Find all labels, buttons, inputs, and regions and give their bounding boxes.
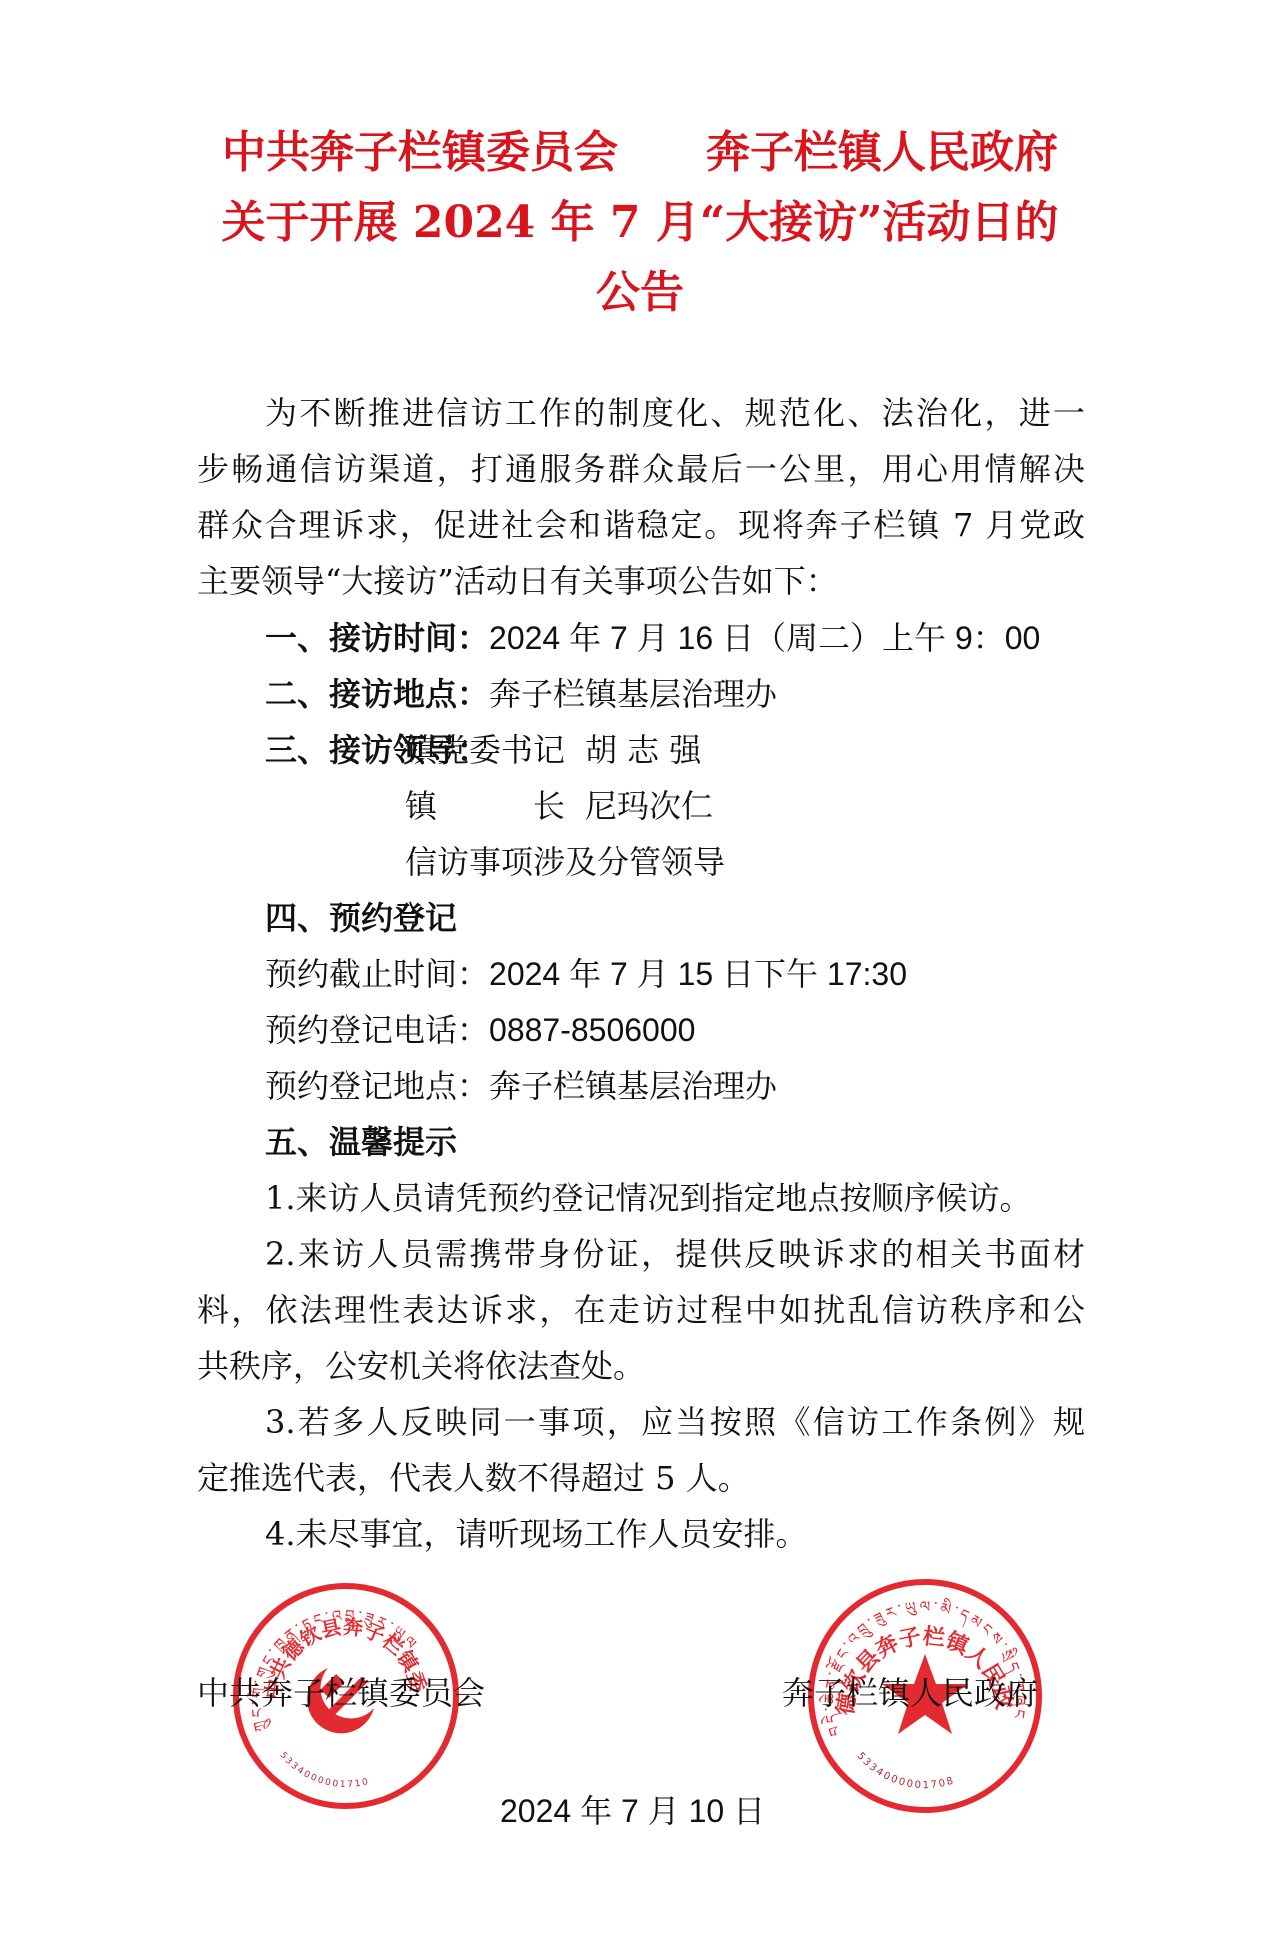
- tip-3-line-2: 定推选代表，代表人数不得超过 5 人。: [197, 1450, 750, 1506]
- tip-4: 4.未尽事宜，请听现场工作人员安排。: [265, 1506, 808, 1562]
- tip-2-line-2: 料，依法理性表达诉求，在走访过程中如扰乱信访秩序和公: [197, 1282, 1085, 1338]
- title-line-1: 中共奔子栏镇委员会 奔子栏镇人民政府: [150, 118, 1130, 188]
- intro-line-4: 主要领导“大接访”活动日有关事项公告如下：: [197, 553, 838, 609]
- announcement-page: 中共奔子栏镇委员会 奔子栏镇人民政府 关于开展 2024 年 7 月“大接访”活…: [0, 0, 1280, 1955]
- leader-name: 尼玛次仁: [585, 787, 713, 825]
- tip-1: 1.来访人员请凭预约登记情况到指定地点按顺序候访。: [265, 1170, 1032, 1226]
- registration-phone: 预约登记电话：0887-8506000: [265, 1002, 695, 1058]
- leader-role: 镇党委书记: [405, 722, 585, 778]
- leader-row-1: 镇党委书记胡 志 强: [405, 722, 701, 778]
- leader-name: 胡 志 强: [585, 731, 701, 769]
- tip-2-line-3: 共秩序，公安机关将依法查处。: [197, 1338, 645, 1394]
- section-tips-heading: 五、温馨提示: [265, 1114, 457, 1170]
- tip-2-line-1: 2.来访人员需携带身份证，提供反映诉求的相关书面材: [265, 1226, 1085, 1282]
- registration-value: 奔子栏镇基层治理办: [489, 1067, 777, 1105]
- intro-line-1: 为不断推进信访工作的制度化、规范化、法治化，进一: [265, 385, 1085, 441]
- svg-text:5334000001710: 5334000001710: [278, 1750, 372, 1790]
- signature-party-committee: 中共奔子栏镇委员会: [197, 1668, 485, 1714]
- section-registration-heading: 四、预约登记: [265, 890, 457, 946]
- registration-value: 2024 年 7 月 15 日下午 17:30: [489, 956, 907, 992]
- document-title: 中共奔子栏镇委员会 奔子栏镇人民政府 关于开展 2024 年 7 月“大接访”活…: [150, 118, 1130, 328]
- title-line-3: 公告: [150, 258, 1130, 328]
- leader-role: 镇 长: [405, 778, 585, 834]
- intro-line-3: 群众合理诉求，促进社会和谐稳定。现将奔子栏镇 7 月党政: [197, 497, 1085, 553]
- tip-3-line-1: 3.若多人反映同一事项，应当按照《信访工作条例》规: [265, 1394, 1085, 1450]
- leader-role: 信访事项涉及分管领导: [405, 843, 725, 881]
- registration-label: 预约登记地点：: [265, 1067, 489, 1105]
- section-time-heading: 一、接访时间：: [265, 619, 489, 657]
- registration-deadline: 预约截止时间：2024 年 7 月 15 日下午 17:30: [265, 946, 907, 1002]
- section-place-value: 奔子栏镇基层治理办: [489, 675, 777, 713]
- issue-date: 2024 年 7 月 10 日: [500, 1786, 765, 1832]
- registration-phone-value: 0887-8506000: [489, 1012, 695, 1048]
- signature-town-government: 奔子栏镇人民政府: [782, 1668, 1038, 1714]
- leader-row-2: 镇 长尼玛次仁: [405, 778, 713, 834]
- intro-line-2: 步畅通信访渠道，打通服务群众最后一公里，用心用情解决: [197, 441, 1085, 497]
- section-time-value: 2024 年 7 月 16 日（周二）上午 9：00: [489, 620, 1040, 656]
- svg-text:5334000001708: 5334000001708: [855, 1751, 957, 1792]
- registration-place: 预约登记地点：奔子栏镇基层治理办: [265, 1058, 777, 1114]
- registration-label: 预约登记电话：: [265, 1011, 489, 1049]
- section-place: 二、接访地点：奔子栏镇基层治理办: [265, 666, 777, 722]
- section-time: 一、接访时间：2024 年 7 月 16 日（周二）上午 9：00: [265, 610, 1040, 666]
- leader-row-3: 信访事项涉及分管领导: [405, 834, 725, 890]
- section-place-heading: 二、接访地点：: [265, 675, 489, 713]
- title-line-2: 关于开展 2024 年 7 月“大接访”活动日的: [150, 188, 1130, 258]
- registration-label: 预约截止时间：: [265, 955, 489, 993]
